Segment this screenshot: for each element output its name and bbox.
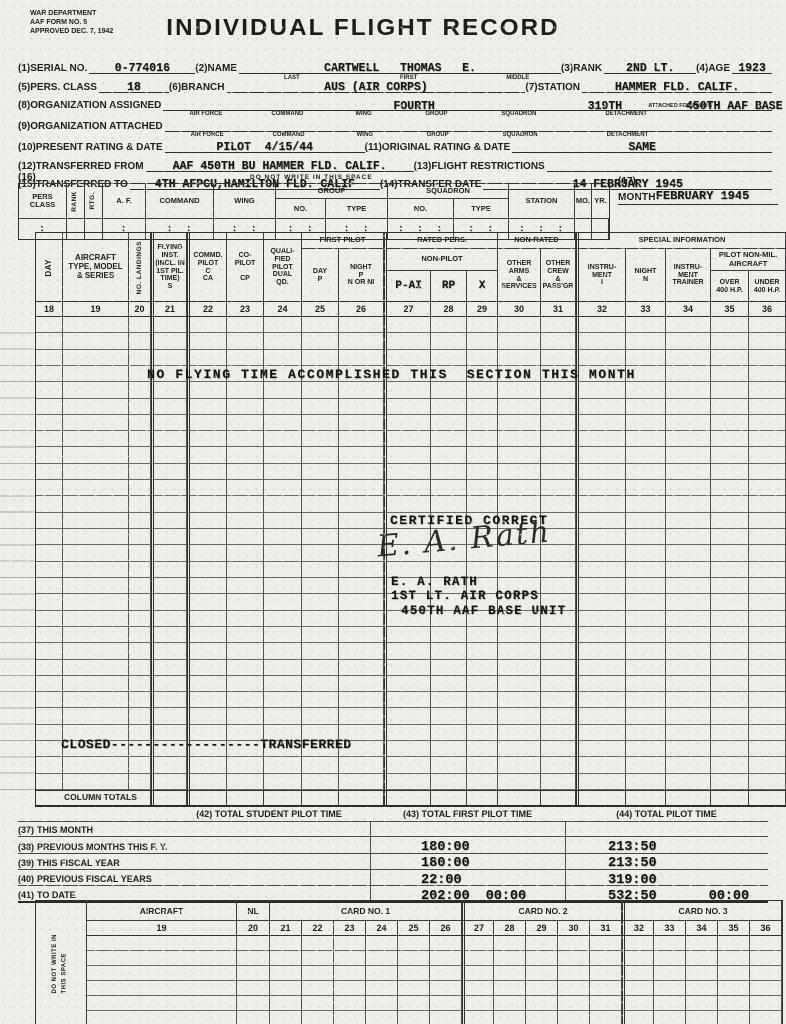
grid-cell bbox=[686, 951, 718, 966]
grid-cell bbox=[302, 951, 334, 966]
month-label: MONTH bbox=[618, 192, 656, 203]
column-number: 32 bbox=[576, 302, 626, 316]
column-number: 22 bbox=[187, 302, 227, 316]
present-rating-label: (10)PRESENT RATING & DATE bbox=[18, 142, 165, 153]
grid-cell bbox=[431, 791, 467, 805]
grid-cell bbox=[654, 1011, 686, 1024]
flight-restrictions-label: (13)FLIGHT RESTRICTIONS bbox=[414, 161, 547, 172]
rank-value: 2ND LT. bbox=[604, 60, 696, 74]
column-number: 36 bbox=[749, 302, 786, 316]
column-number: 33 bbox=[654, 921, 686, 935]
grid-cell bbox=[666, 791, 711, 805]
column-number: 24 bbox=[264, 302, 302, 316]
column-number: 29 bbox=[467, 302, 498, 316]
col-head-aircraft: AIRCRAFT TYPE, MODEL & SERIES bbox=[63, 233, 129, 302]
grid-cell bbox=[576, 791, 626, 805]
col-head-instrument: INSTRU- MENT I bbox=[576, 249, 626, 302]
grid-cell bbox=[366, 996, 398, 1011]
grid-cell bbox=[622, 951, 654, 966]
grid-cell bbox=[334, 1011, 366, 1024]
col-head-over-400: OVER 400 H.P. bbox=[711, 271, 749, 302]
first-pilot-time-cell: 22:00 bbox=[370, 870, 565, 885]
total-pilot-label: (44) TOTAL PILOT TIME bbox=[565, 807, 768, 821]
grid-cell bbox=[467, 791, 498, 805]
grid-cell bbox=[398, 936, 430, 951]
grid-cell bbox=[541, 791, 576, 805]
grid-cell bbox=[590, 981, 622, 996]
grid-cell bbox=[462, 981, 494, 996]
grid-cell bbox=[237, 936, 270, 951]
totals-rows: (37)THIS MONTH (38)PREVIOUS MONTHS THIS … bbox=[18, 821, 768, 903]
col-mo: MO. bbox=[575, 184, 592, 218]
transferred-from-value: AAF 450TH BU HAMMER FLD. CALIF. bbox=[146, 158, 414, 172]
grid-cell bbox=[494, 936, 526, 951]
grid-cell bbox=[494, 996, 526, 1011]
field-row-3: (8)ORGANIZATION ASSIGNED FOURTH 319TH 45… bbox=[18, 95, 772, 111]
col-head-commd-pilot: COMMD. PILOT C CA bbox=[187, 233, 227, 302]
grid-cell bbox=[718, 1011, 750, 1024]
card-side-strip: DO NOT WRITE IN THIS SPACE bbox=[36, 901, 87, 1024]
grid-cell bbox=[711, 791, 749, 805]
column-number: 28 bbox=[431, 302, 467, 316]
grid-cell bbox=[626, 791, 666, 805]
col-head-qualified: QUALI- FIED PILOT DUAL QD. bbox=[264, 233, 302, 302]
column-totals-label: COLUMN TOTALS bbox=[36, 791, 129, 805]
column-number: 22 bbox=[302, 921, 334, 935]
totals-header-row: (42) TOTAL STUDENT PILOT TIME (43) TOTAL… bbox=[18, 807, 768, 822]
field-row-2: (5)PERS. CLASS 18 (6)BRANCH AUS (AIR COR… bbox=[18, 77, 772, 93]
grid-cell bbox=[430, 951, 462, 966]
field-row-4: (9)ORGANIZATION ATTACHED AIR FORCE COMMA… bbox=[18, 116, 772, 132]
grid-cell bbox=[398, 1011, 430, 1024]
total-pilot-time-cell: 213:50 bbox=[565, 854, 768, 869]
col-head-other-crew: OTHER CREW & PASS'GR bbox=[541, 249, 576, 302]
column-number: 35 bbox=[711, 302, 749, 316]
grid-cell bbox=[558, 981, 590, 996]
column-number: 35 bbox=[718, 921, 750, 935]
grid-cell bbox=[237, 966, 270, 981]
col-head-instr-trainer: INSTRU- MENT TRAINER bbox=[666, 249, 711, 302]
col-rank: RANK bbox=[67, 184, 85, 218]
grid-cell bbox=[750, 966, 782, 981]
grid-cell bbox=[494, 1011, 526, 1024]
column-number: 19 bbox=[87, 921, 237, 935]
column-number: 33 bbox=[626, 302, 666, 316]
grid-cell bbox=[590, 951, 622, 966]
grid-cell bbox=[366, 966, 398, 981]
col-squadron-type: TYPE bbox=[454, 199, 509, 218]
column-number: 26 bbox=[430, 921, 462, 935]
grid-cell bbox=[590, 936, 622, 951]
grid-cell bbox=[334, 996, 366, 1011]
grid-cell bbox=[270, 936, 302, 951]
do-not-write-note: DO NOT WRITE IN THIS SPACE bbox=[250, 174, 373, 181]
name-label: (2)NAME bbox=[195, 63, 239, 74]
org-attached-value: AIR FORCE COMMAND WING GROUP SQUADRON DE… bbox=[165, 131, 772, 132]
col-squadron-no: NO. bbox=[388, 199, 454, 218]
total-pilot-time-cell: 319:00 bbox=[565, 870, 768, 885]
grid-cell bbox=[270, 981, 302, 996]
grid-cell bbox=[302, 1011, 334, 1024]
grid-cell bbox=[494, 966, 526, 981]
grid-cell bbox=[654, 936, 686, 951]
column-number: 30 bbox=[558, 921, 590, 935]
grid-cell bbox=[558, 966, 590, 981]
column-number: 25 bbox=[398, 921, 430, 935]
col-head-co-pilot: CO- PILOT CP bbox=[227, 233, 264, 302]
column-number: 23 bbox=[227, 302, 264, 316]
column-number: 18 bbox=[36, 302, 63, 316]
card-table: DO NOT WRITE IN THIS SPACE AIRCRAFT NL C… bbox=[35, 900, 783, 1024]
grid-cell bbox=[334, 951, 366, 966]
margin-line-stubs bbox=[0, 317, 35, 790]
original-rating-label: (11)ORIGINAL RATING & DATE bbox=[365, 142, 513, 153]
totals-row-label: (37)THIS MONTH bbox=[18, 821, 370, 836]
grid-cell bbox=[302, 936, 334, 951]
column-number: 21 bbox=[151, 302, 187, 316]
col-yr: YR. bbox=[592, 184, 609, 218]
grid-cell bbox=[750, 936, 782, 951]
age-label: (4)AGE bbox=[696, 63, 732, 74]
card-column-numbers: 192021222324252627282930313233343536 bbox=[87, 921, 782, 936]
totals-row: (39)THIS FISCAL YEAR 180:00 213:50 bbox=[18, 854, 768, 870]
col-group-type: TYPE bbox=[326, 199, 388, 218]
grid-cell bbox=[187, 791, 227, 805]
card-table-main: AIRCRAFT NL CARD NO. 1 CARD NO. 2 CARD N… bbox=[87, 901, 782, 1024]
column-number: 29 bbox=[526, 921, 558, 935]
first-pilot-time-cell: 180:00 bbox=[370, 854, 565, 869]
grid-cell bbox=[590, 1011, 622, 1024]
grid-cell bbox=[686, 996, 718, 1011]
grid-cell bbox=[654, 951, 686, 966]
grid-cell bbox=[526, 981, 558, 996]
grid-cell bbox=[750, 1011, 782, 1024]
grid-cell bbox=[129, 791, 151, 805]
transferred-from-label: (12)TRANSFERRED FROM bbox=[18, 161, 146, 172]
grid-cell bbox=[558, 1011, 590, 1024]
grid-cell bbox=[622, 996, 654, 1011]
column-number: 24 bbox=[366, 921, 398, 935]
grid-cell bbox=[87, 996, 237, 1011]
org-attached-label: (9)ORGANIZATION ATTACHED bbox=[18, 121, 165, 132]
grid-cell bbox=[384, 791, 431, 805]
grid-cell bbox=[654, 981, 686, 996]
column-number: 32 bbox=[622, 921, 654, 935]
grid-cell bbox=[462, 936, 494, 951]
pers-class-label: (5)PERS. CLASS bbox=[18, 82, 99, 93]
field-row-5: (10)PRESENT RATING & DATE PILOT 4/15/44 … bbox=[18, 137, 772, 153]
grid-cell bbox=[87, 936, 237, 951]
column-number: 30 bbox=[498, 302, 541, 316]
grid-cell bbox=[398, 966, 430, 981]
grid-cell bbox=[334, 966, 366, 981]
grid-cell bbox=[270, 996, 302, 1011]
grid-cell bbox=[526, 936, 558, 951]
col-rtg: RTG. bbox=[85, 184, 103, 218]
totals-row-label: (39)THIS FISCAL YEAR bbox=[18, 854, 370, 869]
grid-cell bbox=[334, 981, 366, 996]
flight-restrictions-value bbox=[547, 171, 772, 172]
grid-cell bbox=[339, 791, 384, 805]
branch-value: AUS (AIR CORPS) bbox=[227, 79, 526, 93]
grid-cell bbox=[590, 966, 622, 981]
column-number: 27 bbox=[462, 921, 494, 935]
grid-cell bbox=[151, 791, 187, 805]
total-pilot-time-cell bbox=[565, 821, 768, 836]
column-number: 25 bbox=[302, 302, 339, 316]
grid-cell bbox=[750, 981, 782, 996]
total-student-pilot-label: (42) TOTAL STUDENT PILOT TIME bbox=[18, 807, 370, 821]
grid-cell bbox=[430, 936, 462, 951]
station-label: (7)STATION bbox=[525, 82, 582, 93]
grid-cell bbox=[302, 791, 339, 805]
first-pilot-time-cell bbox=[370, 821, 565, 836]
totals-row-label: (38)PREVIOUS MONTHS THIS F. Y. bbox=[18, 837, 370, 852]
do-not-write-side-note: DO NOT WRITE IN THIS SPACE bbox=[51, 934, 70, 994]
col-head-x: X bbox=[467, 271, 498, 302]
org-assigned-label: (8)ORGANIZATION ASSIGNED bbox=[18, 100, 163, 111]
grid-cell bbox=[237, 981, 270, 996]
grid-cell bbox=[366, 981, 398, 996]
column-number: 20 bbox=[129, 302, 151, 316]
present-rating-value: PILOT 4/15/44 bbox=[165, 139, 365, 153]
grid-cell bbox=[237, 1011, 270, 1024]
grid-cell bbox=[686, 966, 718, 981]
col-head-night-p: NIGHT P N OR NI bbox=[339, 249, 384, 302]
group-non-rated: NON-RATED bbox=[498, 233, 576, 249]
card-col-aircraft: AIRCRAFT bbox=[87, 901, 237, 920]
col-pers-class: PERS CLASS bbox=[19, 184, 67, 218]
serial-value: 0-774016 bbox=[89, 60, 195, 74]
grid-cell bbox=[237, 951, 270, 966]
field-row-6: (12)TRANSFERRED FROM AAF 450TH BU HAMMER… bbox=[18, 156, 772, 172]
grid-cell bbox=[526, 966, 558, 981]
grid-cell bbox=[558, 951, 590, 966]
grid-cell bbox=[366, 951, 398, 966]
card-grid-body bbox=[87, 936, 782, 1024]
column-number: 26 bbox=[339, 302, 384, 316]
col-head-night-n: NIGHT N bbox=[626, 249, 666, 302]
grid-cell bbox=[462, 996, 494, 1011]
column-number: 31 bbox=[590, 921, 622, 935]
col-head-flying-inst: FLYING INST. (INCL. IN 1ST PIL. TIME) S bbox=[151, 233, 187, 302]
totals-row: (38)PREVIOUS MONTHS THIS F. Y. 180:00 21… bbox=[18, 837, 768, 853]
grid-cell bbox=[302, 981, 334, 996]
group-non-pilot: NON-PILOT bbox=[384, 249, 498, 271]
totals-row-label: (40)PREVIOUS FISCAL YEARS bbox=[18, 870, 370, 885]
grid-cell bbox=[270, 951, 302, 966]
no-flying-time-note: NO FLYING TIME ACCOMPLISHED THIS SECTION… bbox=[147, 367, 636, 382]
grid-cell bbox=[622, 936, 654, 951]
grid-cell bbox=[462, 966, 494, 981]
column-number: 31 bbox=[541, 302, 576, 316]
grid-cell bbox=[494, 981, 526, 996]
totals-row: (40)PREVIOUS FISCAL YEARS 22:00 319:00 bbox=[18, 870, 768, 886]
grid-cell bbox=[718, 966, 750, 981]
grid-cell bbox=[270, 1011, 302, 1024]
flight-record-form: WAR DEPARTMENTAAF FORM NO. 5APPROVED DEC… bbox=[0, 0, 786, 1024]
grid-cell bbox=[718, 981, 750, 996]
grid-cell bbox=[366, 936, 398, 951]
identification-fields: (1)SERIAL NO. 0-774016 (2)NAME CARTWELL … bbox=[18, 58, 772, 193]
column-number: 21 bbox=[270, 921, 302, 935]
flight-grid-overlays: NO FLYING TIME ACCOMPLISHED THIS SECTION… bbox=[35, 317, 785, 790]
col-head-under-400: UNDER 400 H.P. bbox=[749, 271, 786, 302]
grid-cell bbox=[750, 996, 782, 1011]
grid-cell bbox=[622, 1011, 654, 1024]
grid-cell bbox=[622, 966, 654, 981]
group-rated-pers: RATED PERS. bbox=[384, 233, 498, 249]
grid-cell bbox=[590, 996, 622, 1011]
signature-rank: 1ST LT. AIR CORPS bbox=[391, 589, 539, 603]
group-pilot-non-mil: PILOT NON-MIL. AIRCRAFT bbox=[711, 249, 786, 271]
grid-cell bbox=[462, 1011, 494, 1024]
col-group-no: NO. bbox=[276, 199, 326, 218]
group-first-pilot: FIRST PILOT bbox=[302, 233, 384, 249]
original-rating-value: SAME bbox=[512, 139, 772, 153]
grid-cell bbox=[237, 996, 270, 1011]
col-head-day: DAY bbox=[36, 233, 63, 302]
flight-column-numbers: 18192021222324252627282930313233343536 bbox=[35, 301, 786, 317]
column-number: 20 bbox=[237, 921, 270, 935]
grid-cell bbox=[366, 1011, 398, 1024]
card-no-1: CARD NO. 1 bbox=[270, 901, 462, 920]
total-first-pilot-label: (43) TOTAL FIRST PILOT TIME bbox=[370, 807, 565, 821]
grid-cell bbox=[302, 996, 334, 1011]
grid-cell bbox=[87, 966, 237, 981]
signature-name: E. A. RATH bbox=[391, 575, 478, 589]
name-value: CARTWELL THOMAS E. LAST FIRST MIDDLE bbox=[239, 60, 561, 74]
pers-class-value: 18 bbox=[99, 79, 169, 93]
grid-cell bbox=[87, 951, 237, 966]
attached-for-flying-note: ATTACHED FOR FLYING bbox=[648, 103, 712, 109]
total-pilot-time-cell: 213:50 bbox=[565, 837, 768, 852]
grid-cell bbox=[718, 936, 750, 951]
punch-table-header: PERS CLASS RANK RTG. A. F. COMMAND WING … bbox=[19, 184, 609, 218]
grid-cell bbox=[558, 936, 590, 951]
grid-cell bbox=[227, 791, 264, 805]
column-number: 34 bbox=[666, 302, 711, 316]
grid-cell bbox=[87, 981, 237, 996]
punch-table-number: (16) bbox=[18, 172, 36, 183]
col-head-rp: RP bbox=[431, 271, 467, 302]
column-number: 36 bbox=[750, 921, 782, 935]
grid-cell bbox=[87, 1011, 237, 1024]
grid-cell bbox=[498, 791, 541, 805]
grid-cell bbox=[398, 996, 430, 1011]
column-number: 19 bbox=[63, 302, 129, 316]
grid-cell bbox=[430, 1011, 462, 1024]
signature-unit: 450TH AAF BASE UNIT bbox=[401, 604, 566, 618]
grid-cell bbox=[334, 936, 366, 951]
grid-cell bbox=[750, 951, 782, 966]
serial-label: (1)SERIAL NO. bbox=[18, 63, 89, 74]
grid-cell bbox=[526, 1011, 558, 1024]
col-head-other-arms: OTHER ARMS & SERVICES bbox=[498, 249, 541, 302]
column-number: 28 bbox=[494, 921, 526, 935]
col-head-day-p: DAY P bbox=[302, 249, 339, 302]
month-value: FEBRUARY 1945 bbox=[656, 189, 750, 203]
grid-cell bbox=[430, 996, 462, 1011]
group-special-info: SPECIAL INFORMATION bbox=[576, 233, 786, 249]
grid-cell bbox=[654, 996, 686, 1011]
grid-cell bbox=[264, 791, 302, 805]
col-squadron: SQUADRON bbox=[388, 184, 509, 199]
grid-cell bbox=[430, 966, 462, 981]
col-station: STATION bbox=[509, 184, 575, 218]
grid-cell bbox=[526, 996, 558, 1011]
grid-cell bbox=[430, 981, 462, 996]
field-row-1: (1)SERIAL NO. 0-774016 (2)NAME CARTWELL … bbox=[18, 58, 772, 74]
grid-cell bbox=[398, 951, 430, 966]
form-title: INDIVIDUAL FLIGHT RECORD bbox=[0, 14, 744, 41]
month-block: (17) MONTH FEBRUARY 1945 bbox=[618, 176, 778, 205]
grid-cell bbox=[302, 966, 334, 981]
grid-cell bbox=[718, 951, 750, 966]
grid-cell bbox=[494, 951, 526, 966]
org-assigned-value: FOURTH 319TH 450TH AAF BASE UNIT ATTACHE… bbox=[163, 110, 772, 111]
col-wing: WING bbox=[214, 184, 276, 218]
card-no-3: CARD NO. 3 bbox=[622, 901, 782, 920]
grid-cell bbox=[749, 791, 786, 805]
grid-cell bbox=[654, 966, 686, 981]
col-group: GROUP bbox=[276, 184, 388, 199]
station-value: HAMMER FLD. CALIF. bbox=[582, 79, 772, 93]
col-command: COMMAND bbox=[146, 184, 214, 218]
grid-cell bbox=[718, 996, 750, 1011]
grid-cell bbox=[398, 981, 430, 996]
totals-row: (37)THIS MONTH bbox=[18, 821, 768, 837]
grid-cell bbox=[686, 981, 718, 996]
grid-cell bbox=[526, 951, 558, 966]
closed-transferred-note: CLOSED------------------TRANSFERRED bbox=[61, 737, 352, 752]
grid-cell bbox=[622, 981, 654, 996]
card-col-nl: NL bbox=[237, 901, 270, 920]
first-pilot-time-cell: 180:00 bbox=[370, 837, 565, 852]
grid-cell bbox=[558, 996, 590, 1011]
col-head-landings: NO. LANDINGS bbox=[129, 233, 151, 302]
col-head-p-ai: P-AI bbox=[384, 271, 431, 302]
branch-label: (6)BRANCH bbox=[169, 82, 227, 93]
col-af: A. F. bbox=[103, 184, 146, 218]
grid-cell bbox=[462, 951, 494, 966]
month-number: (17) bbox=[618, 176, 778, 187]
column-number: 34 bbox=[686, 921, 718, 935]
age-value: 1923 bbox=[732, 60, 772, 74]
grid-cell bbox=[270, 966, 302, 981]
grid-cell bbox=[686, 1011, 718, 1024]
column-number: 27 bbox=[384, 302, 431, 316]
card-table-header: AIRCRAFT NL CARD NO. 1 CARD NO. 2 CARD N… bbox=[87, 901, 782, 921]
flight-table-header: DAY AIRCRAFT TYPE, MODEL & SERIES NO. LA… bbox=[35, 232, 786, 302]
rank-label: (3)RANK bbox=[561, 63, 604, 74]
card-no-2: CARD NO. 2 bbox=[462, 901, 622, 920]
grid-cell bbox=[686, 936, 718, 951]
column-totals-row: COLUMN TOTALS bbox=[35, 790, 786, 807]
column-number: 23 bbox=[334, 921, 366, 935]
